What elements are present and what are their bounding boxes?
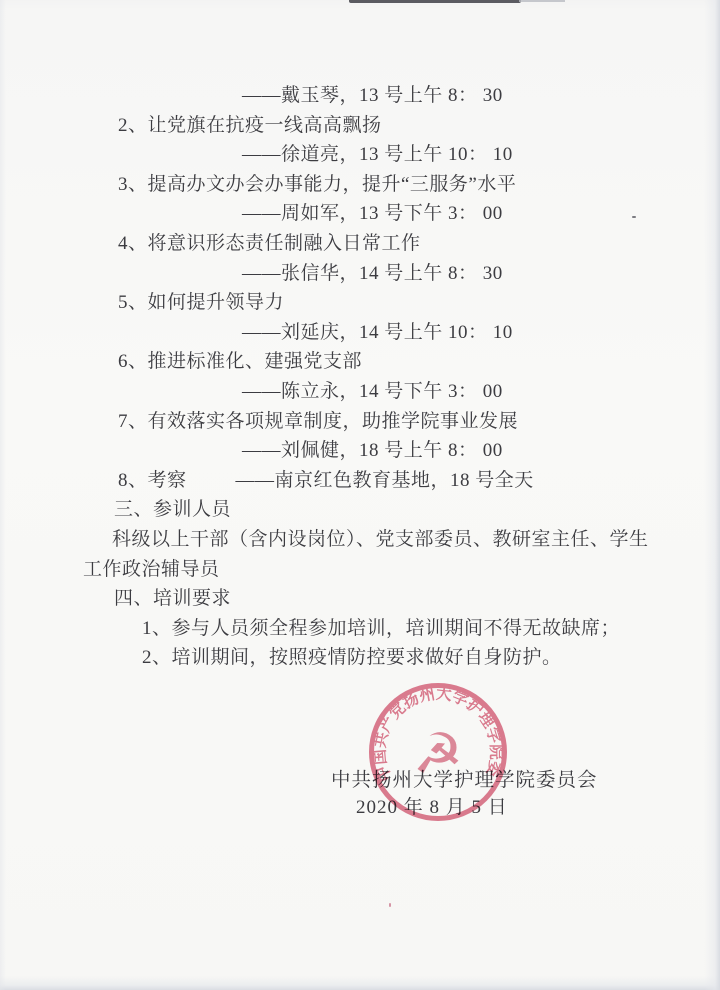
document-line: ——徐道亮，13 号上午 10： 10 bbox=[242, 140, 673, 170]
official-seal: 中国共产党扬州大学护理学院委员会 ☭ bbox=[365, 679, 511, 825]
document-body: ——戴玉琴，13 号上午 8： 30 2、让党旗在抗疫一线高高飘扬 ——徐道亮，… bbox=[83, 81, 673, 673]
document-line: 3、提高办文办会办事能力，提升“三服务”水平 bbox=[118, 170, 673, 200]
document-line: 工作政治辅导员 bbox=[83, 555, 673, 585]
document-line: 5、如何提升领导力 bbox=[118, 288, 673, 318]
scan-artifact-topline bbox=[349, 0, 521, 3]
item-label: 8、考察 bbox=[118, 470, 187, 491]
scanned-document-page: ——戴玉琴，13 号上午 8： 30 2、让党旗在抗疫一线高高飘扬 ——徐道亮，… bbox=[0, 0, 720, 990]
document-line: ——刘佩健，18 号上午 8： 00 bbox=[242, 436, 673, 466]
item-detail: ——南京红色教育基地，18 号全天 bbox=[236, 470, 534, 491]
document-line: ——陈立永，14 号下午 3： 00 bbox=[242, 377, 673, 407]
document-line: ——张信华，14 号上午 8： 30 bbox=[242, 259, 673, 289]
hammer-sickle-icon: ☭ bbox=[413, 722, 463, 787]
scan-artifact-speck bbox=[632, 216, 636, 218]
document-line: 2、培训期间，按照疫情防控要求做好自身防护。 bbox=[142, 643, 673, 673]
document-line: ——戴玉琴，13 号上午 8： 30 bbox=[242, 81, 673, 111]
document-line: 6、推进标准化、建强党支部 bbox=[118, 347, 673, 377]
document-line: ——周如军，13 号下午 3： 00 bbox=[242, 199, 673, 229]
scan-artifact-speck bbox=[389, 903, 391, 907]
section-heading: 三、参训人员 bbox=[114, 495, 673, 525]
section-heading: 四、培训要求 bbox=[114, 584, 673, 614]
scan-artifact-topline-faint bbox=[519, 0, 565, 2]
document-line: 4、将意识形态责任制融入日常工作 bbox=[118, 229, 673, 259]
document-line: 8、考察——南京红色教育基地，18 号全天 bbox=[118, 466, 673, 496]
document-line: 2、让党旗在抗疫一线高高飘扬 bbox=[118, 111, 673, 141]
document-line: 7、有效落实各项规章制度，助推学院事业发展 bbox=[118, 407, 673, 437]
document-line: ——刘延庆，14 号上午 10： 10 bbox=[242, 318, 673, 348]
document-line: 科级以上干部（含内设岗位）、党支部委员、教研室主任、学生 bbox=[112, 525, 673, 555]
document-line: 1、参与人员须全程参加培训，培训期间不得无故缺席； bbox=[142, 614, 673, 644]
